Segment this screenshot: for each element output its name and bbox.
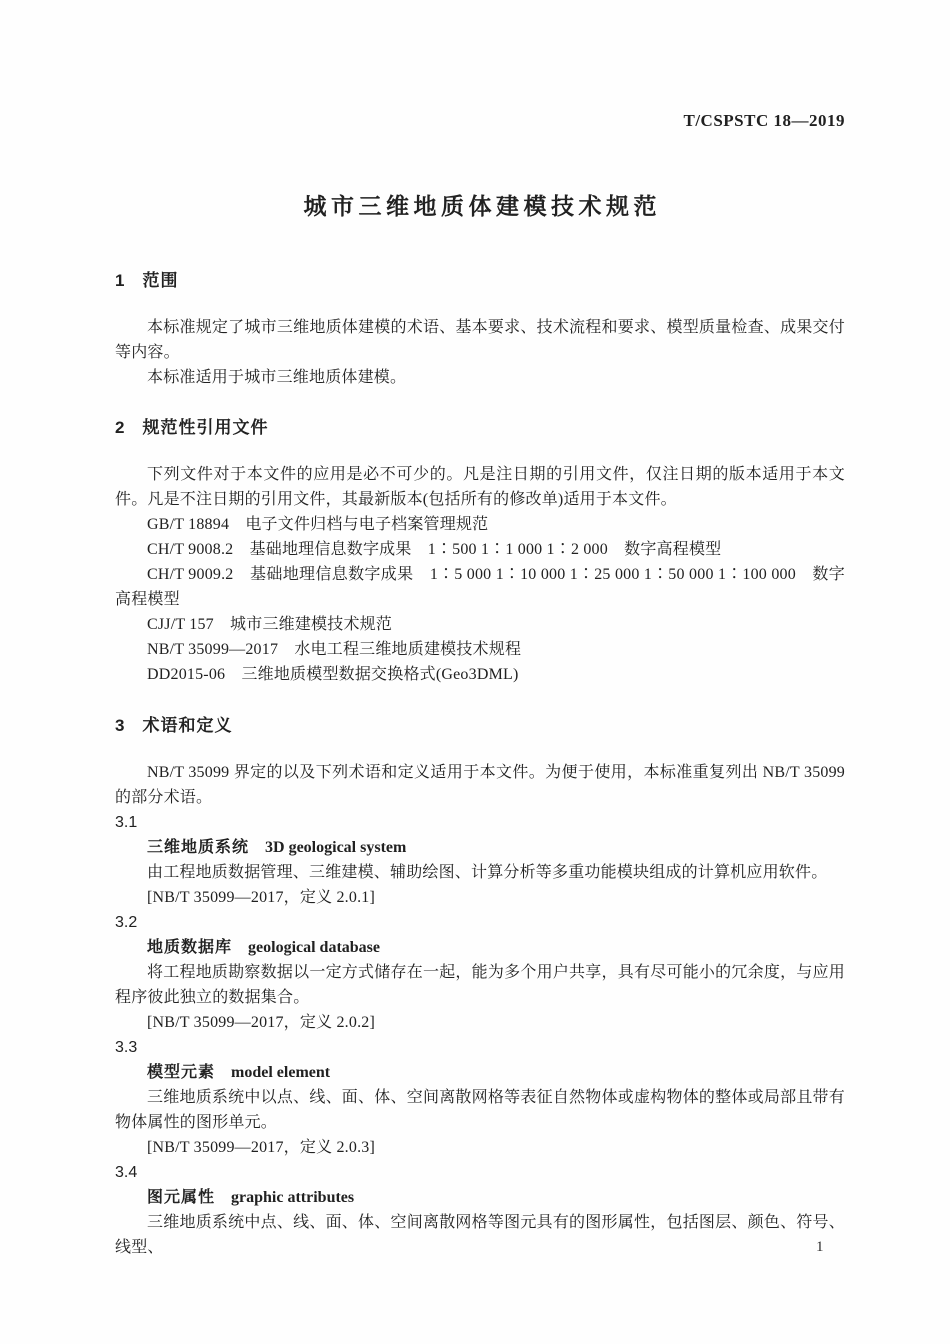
section-heading-terms-definitions: 3术语和定义 bbox=[115, 713, 845, 738]
term-source: [NB/T 35099—2017，定义 2.0.1] bbox=[115, 885, 845, 910]
term-definition: 三维地质系统中以点、线、面、体、空间离散网格等表征自然物体或虚构物体的整体或局部… bbox=[115, 1085, 845, 1135]
scope-paragraph-1: 本标准规定了城市三维地质体建模的术语、基本要求、技术流程和要求、模型质量检查、成… bbox=[115, 315, 845, 365]
standard-code: T/CSPSTC 18—2019 bbox=[115, 112, 845, 130]
term-source: [NB/T 35099—2017，定义 2.0.3] bbox=[115, 1135, 845, 1160]
clause-number: 3.1 bbox=[115, 810, 845, 835]
page-number: 1 bbox=[816, 1238, 824, 1256]
section-heading-scope: 1范围 bbox=[115, 268, 845, 293]
term-english: 3D geological system bbox=[265, 839, 406, 856]
section-number: 2 bbox=[115, 415, 124, 440]
term-chinese: 地质数据库 bbox=[147, 939, 232, 956]
reference-item: CH/T 9008.2 基础地理信息数字成果 1∶500 1∶1 000 1∶2… bbox=[115, 537, 845, 562]
section-name: 术语和定义 bbox=[142, 713, 232, 738]
term-definition: 三维地质系统中点、线、面、体、空间离散网格等图元具有的图形属性，包括图层、颜色、… bbox=[115, 1210, 845, 1260]
term-english: model element bbox=[231, 1064, 330, 1081]
terms-intro: NB/T 35099 界定的以及下列术语和定义适用于本文件。为便于使用，本标准重… bbox=[115, 760, 845, 810]
term-chinese: 三维地质系统 bbox=[147, 839, 249, 856]
reference-item: CH/T 9009.2 基础地理信息数字成果 1∶5 000 1∶10 000 … bbox=[115, 562, 845, 612]
reference-item: CJJ/T 157 城市三维建模技术规范 bbox=[115, 612, 845, 637]
term-source: [NB/T 35099—2017，定义 2.0.2] bbox=[115, 1010, 845, 1035]
term-title: 三维地质系统3D geological system bbox=[115, 835, 845, 860]
term-english: geological database bbox=[248, 939, 380, 956]
section-name: 规范性引用文件 bbox=[142, 415, 268, 440]
references-intro: 下列文件对于本文件的应用是必不可少的。凡是注日期的引用文件，仅注日期的版本适用于… bbox=[115, 462, 845, 512]
term-chinese: 图元属性 bbox=[147, 1189, 215, 1206]
term-definition: 由工程地质数据管理、三维建模、辅助绘图、计算分析等多重功能模块组成的计算机应用软… bbox=[115, 860, 845, 885]
term-definition: 将工程地质勘察数据以一定方式储存在一起，能为多个用户共享，具有尽可能小的冗余度，… bbox=[115, 960, 845, 1010]
term-title: 地质数据库geological database bbox=[115, 935, 845, 960]
reference-item: NB/T 35099—2017 水电工程三维地质建模技术规程 bbox=[115, 637, 845, 662]
section-name: 范围 bbox=[142, 268, 178, 293]
term-block: 3.1 三维地质系统3D geological system 由工程地质数据管理… bbox=[115, 810, 845, 910]
term-block: 3.2 地质数据库geological database 将工程地质勘察数据以一… bbox=[115, 910, 845, 1035]
clause-number: 3.2 bbox=[115, 910, 845, 935]
document-title: 城市三维地质体建模技术规范 bbox=[115, 190, 845, 222]
term-block: 3.3 模型元素model element 三维地质系统中以点、线、面、体、空间… bbox=[115, 1035, 845, 1160]
reference-item: DD2015-06 三维地质模型数据交换格式(Geo3DML) bbox=[115, 662, 845, 687]
term-title: 模型元素model element bbox=[115, 1060, 845, 1085]
term-title: 图元属性graphic attributes bbox=[115, 1185, 845, 1210]
section-heading-normative-references: 2规范性引用文件 bbox=[115, 415, 845, 440]
section-number: 1 bbox=[115, 268, 124, 293]
term-english: graphic attributes bbox=[231, 1189, 354, 1206]
section-number: 3 bbox=[115, 713, 124, 738]
clause-number: 3.4 bbox=[115, 1160, 845, 1185]
reference-item: GB/T 18894 电子文件归档与电子档案管理规范 bbox=[115, 512, 845, 537]
term-chinese: 模型元素 bbox=[147, 1064, 215, 1081]
term-block: 3.4 图元属性graphic attributes 三维地质系统中点、线、面、… bbox=[115, 1160, 845, 1260]
document-page: T/CSPSTC 18—2019 城市三维地质体建模技术规范 1范围 本标准规定… bbox=[0, 0, 950, 1344]
scope-paragraph-2: 本标准适用于城市三维地质体建模。 bbox=[115, 365, 845, 390]
clause-number: 3.3 bbox=[115, 1035, 845, 1060]
